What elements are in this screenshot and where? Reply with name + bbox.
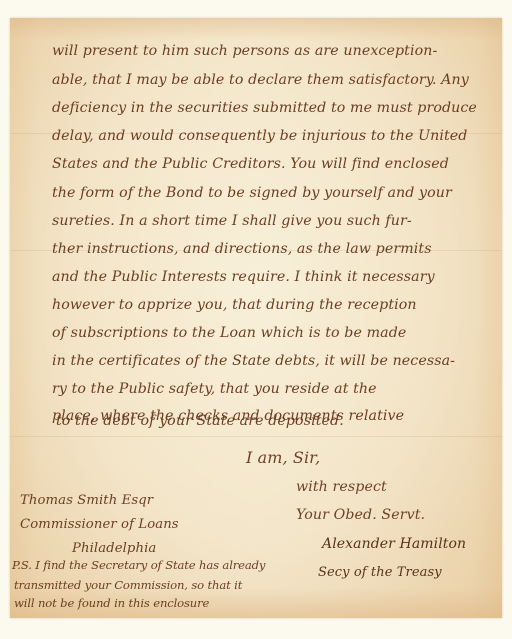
body-line: in the certificates of the State debts, … [52,354,455,368]
body-line: ry to the Public safety, that you reside… [52,382,377,396]
postscript-line: will not be found in this enclosure [14,598,209,610]
fold-crease [10,436,502,437]
body-line: of subscriptions to the Loan which is to… [52,326,406,340]
signature: Alexander Hamilton [322,537,466,551]
closing-servant: Your Obed. Servt. [296,508,425,522]
body-line: will present to him such persons as are … [52,44,437,58]
body-line: delay, and would consequently be injurio… [52,129,467,143]
body-line: the form of the Bond to be signed by you… [52,186,452,200]
postscript-line: P.S. I find the Secretary of State has a… [12,560,265,572]
body-line: however to apprize you, that during the … [52,298,417,312]
body-line: able, that I may be able to declare them… [52,73,469,87]
body-line: and the Public Interests require. I thin… [52,270,435,284]
closing-salutation: I am, Sir, [246,450,320,466]
closing-respect: with respect [296,480,387,494]
addressee-city: Philadelphia [72,542,156,555]
body-line: to the debt of your State are deposited. [56,414,344,428]
postscript-line: transmitted your Commission, so that it [14,580,242,592]
body-line: ther instructions, and directions, as th… [52,242,432,256]
addressee-title: Commissioner of Loans [20,518,179,531]
addressee-name: Thomas Smith Esqr [20,494,153,507]
body-line: deficiency in the securities submitted t… [52,101,477,115]
body-line: States and the Public Creditors. You wil… [52,157,449,171]
body-line: sureties. In a short time I shall give y… [52,214,412,228]
signer-title: Secy of the Treasy [318,566,442,579]
